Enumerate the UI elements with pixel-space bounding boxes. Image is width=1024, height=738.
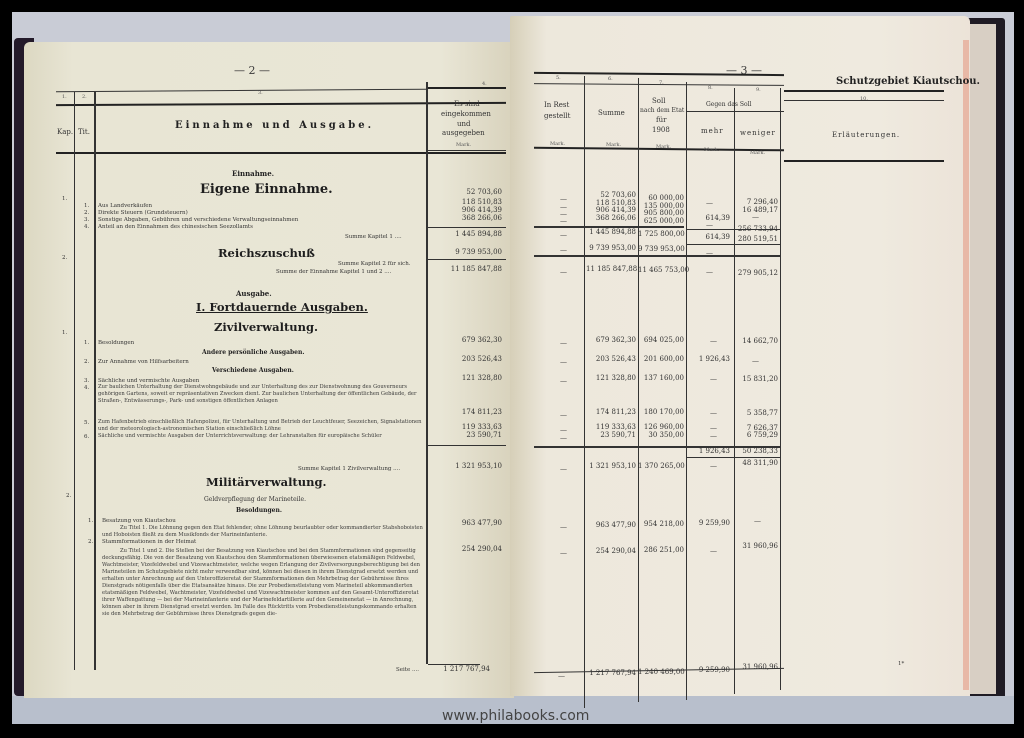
amount: 11 185 847,88 (430, 266, 502, 273)
subsection-heading: Andere persönliche Ausgaben. (202, 350, 304, 356)
soll-cell: 1 370 265,00 (638, 463, 684, 470)
column-number: 6. (608, 77, 613, 82)
header-col4-line: Es sind (454, 101, 480, 108)
soll-cell: 694 025,00 (638, 337, 684, 344)
soll-cell: 9 739 953,00 (638, 246, 684, 253)
weniger-cell: 280 519,51 (736, 236, 778, 243)
tit-number: 2. (84, 360, 89, 366)
rest-cell: — (560, 359, 567, 366)
line-label: Besatzung von Kiautschou (102, 519, 176, 525)
summe-cell: 679 362,30 (586, 337, 636, 344)
unit-label: Mark. (456, 143, 471, 148)
header-kap: Kap. (57, 129, 73, 136)
soll-cell: 126 960,00 (638, 424, 684, 431)
soll-cell: 180 170,00 (638, 409, 684, 416)
tit-number: 4. (84, 386, 89, 392)
tit-number: 1. (84, 204, 89, 210)
rest-cell: — (560, 340, 567, 347)
page-edge (963, 40, 969, 690)
weniger-cell: 7 296,40 (736, 199, 778, 206)
column-number: 7. (659, 81, 664, 86)
mehr-cell: 1 926,43 (688, 448, 730, 455)
column-number: 5. (556, 76, 561, 81)
tit-number: 1. (88, 519, 93, 525)
part-title: I. Fortdauernde Ausgaben. (196, 302, 368, 314)
mehr-cell: — (706, 269, 713, 276)
tit-number: 3. (84, 218, 89, 224)
amount: 121 328,80 (438, 375, 502, 382)
summe-cell: 121 328,80 (586, 375, 636, 382)
mehr-cell: 614,39 (688, 234, 730, 241)
mehr-cell: — (706, 200, 713, 207)
soll-cell: 11 465 753,00 (638, 267, 684, 274)
header-weniger: weniger (740, 130, 776, 137)
line-label: Anteil an den Einnahmen des chinesischen… (98, 225, 253, 231)
column-rule (780, 88, 781, 690)
section-title: Zivilverwaltung. (214, 322, 318, 334)
mehr-cell: — (710, 376, 717, 383)
mehr-cell: 1 926,43 (688, 356, 730, 363)
mehr-cell: — (706, 222, 713, 229)
summe-cell: 1 217 767,94 (584, 670, 636, 677)
weniger-cell: 6 759,29 (736, 432, 778, 439)
tit-number: 4. (84, 225, 89, 231)
line-label: Zum Hafenbetrieb einschließlich Hafenpol… (98, 419, 424, 433)
header-col6: Summe (598, 110, 625, 117)
header-erlaeuterungen: Erläuterungen. (832, 132, 900, 139)
summe-cell: 254 290,04 (586, 548, 636, 555)
header-gegen-soll: Gegen das Soll (706, 102, 751, 108)
line-label: Zur Annahme von Hilfsarbeitern (98, 360, 189, 366)
amount: 368 266,06 (440, 215, 502, 222)
weniger-cell: 15 831,20 (736, 376, 778, 383)
weniger-cell: — (752, 358, 759, 365)
rest-cell: — (560, 435, 567, 442)
summe-cell: 9 739 953,00 (586, 245, 636, 252)
amount: 174 811,23 (438, 409, 502, 416)
header-col5-line: In Rest (544, 102, 569, 109)
mehr-cell: 9 259,90 (688, 667, 730, 674)
sum-rule (428, 445, 506, 446)
soll-cell: 905 800,00 (638, 210, 684, 217)
tit-number: 1. (84, 341, 89, 347)
header-col4-line: und (457, 121, 471, 128)
rest-cell: — (560, 466, 567, 473)
mehr-cell: — (710, 338, 717, 345)
header-col7-line: 1908 (652, 127, 670, 134)
summe-cell: 11 185 847,88 (586, 266, 636, 273)
weniger-cell: 31 960,96 (736, 543, 778, 550)
soll-cell: 30 350,00 (638, 432, 684, 439)
section-title: Eigene Einnahme. (200, 183, 333, 196)
column-rule (584, 76, 585, 708)
header-col4-line: eingekommen (441, 111, 491, 118)
column-rule (734, 88, 735, 694)
column-rule (94, 92, 96, 670)
sum-rule (428, 259, 506, 260)
header-tit: Tit. (78, 129, 90, 136)
sum-rule (428, 227, 506, 228)
column-number: 1. (62, 95, 67, 100)
tit-number: 2. (84, 211, 89, 217)
summe-cell: 174 811,23 (586, 409, 636, 416)
header-rule (686, 111, 784, 112)
amount: 1 217 767,94 (432, 666, 490, 673)
signature-mark: 1* (898, 662, 904, 668)
section-heading: Ausgabe. (236, 290, 272, 297)
summe-cell: 1 445 894,88 (586, 229, 636, 236)
mehr-cell: — (710, 548, 717, 555)
header-mehr: mehr (701, 128, 724, 135)
line-label: Sächliche und vermischte Ausgaben der Un… (98, 433, 424, 440)
header-col7-line: nach dem Etat (640, 108, 684, 114)
weniger-cell: 31 960,96 (736, 664, 778, 671)
tit-number: 2. (88, 540, 93, 546)
amount: 118 510,83 (440, 199, 502, 206)
sum-rule (534, 255, 780, 257)
summe-cell: 1 321 953,10 (586, 463, 636, 470)
unit-label: Mark. (606, 143, 621, 148)
mehr-cell: — (710, 463, 717, 470)
rest-cell: — (560, 247, 567, 254)
mehr-cell: — (710, 433, 717, 440)
amount: 9 739 953,00 (434, 249, 502, 256)
summe-cell: 368 266,06 (586, 215, 636, 222)
column-number: 8. (708, 86, 713, 91)
sum-label: Summe Kapitel 1 .... (345, 235, 402, 241)
kap-number: 2. (66, 494, 71, 500)
header-col4-line: ausgegeben (442, 130, 485, 137)
header-einnahme-ausgabe: Einnahme und Ausgabe. (175, 121, 374, 131)
tit-number: 6. (84, 435, 89, 441)
summe-cell: 23 590,71 (586, 432, 636, 439)
unit-label: Mark. (656, 145, 671, 150)
header-rule (784, 90, 944, 92)
sum-label: Summe Kapitel 2 für sich. (338, 262, 411, 268)
amount: 119 333,63 (438, 424, 502, 431)
weniger-cell: 279 905,12 (736, 270, 778, 277)
rest-cell: — (560, 196, 567, 203)
kap-number: 2. (62, 256, 67, 262)
mehr-cell: — (710, 410, 717, 417)
amount: 679 362,30 (438, 337, 502, 344)
rest-cell: — (560, 427, 567, 434)
tit-number: 5. (84, 421, 89, 427)
weniger-cell: 48 311,90 (736, 460, 778, 467)
subsection-heading: Geldverpflegung der Marineteile. (204, 497, 306, 503)
kap-number: 1. (62, 197, 67, 203)
footnote: Zu Titel 1. Die Löhnung gegen den Etat f… (102, 525, 424, 539)
mehr-cell: 9 259,90 (688, 520, 730, 527)
column-number: 10. (860, 97, 868, 102)
line-label: Sonstige Abgaben, Gebühren und verschied… (98, 218, 298, 224)
unit-label: Mark. (750, 151, 765, 156)
summe-cell: 906 414,39 (586, 207, 636, 214)
watermark: www.philabooks.com (442, 708, 589, 724)
line-label: Direkte Steuern (Grundsteuern) (98, 211, 188, 217)
weniger-cell: — (752, 214, 759, 221)
soll-cell: 60 000,00 (638, 195, 684, 202)
sum-rule (686, 457, 780, 458)
column-rule (74, 92, 75, 670)
column-rule (638, 78, 639, 702)
amount: 1 445 894,88 (432, 231, 502, 238)
rest-cell: — (560, 412, 567, 419)
summe-cell: 963 477,90 (586, 522, 636, 529)
unit-label: Mark. (550, 142, 565, 147)
soll-cell: 1 240 469,00 (638, 669, 684, 676)
amount: 906 414,39 (440, 207, 502, 214)
rest-cell: — (558, 673, 565, 680)
line-label: Stammformationen in der Heimat (102, 540, 196, 546)
subsection-heading: Verschiedene Ausgaben. (212, 368, 294, 374)
section-title: Reichszuschuß (218, 248, 315, 260)
sum-rule (686, 244, 780, 245)
header-rule (56, 152, 506, 154)
summe-cell: 203 526,43 (586, 356, 636, 363)
amount: 23 590,71 (438, 432, 502, 439)
weniger-cell: — (754, 518, 761, 525)
mehr-cell: — (710, 425, 717, 432)
header-col7-line: Soll (652, 98, 666, 105)
line-label: Besoldungen (98, 341, 134, 347)
right-page (510, 16, 970, 696)
rest-cell: — (560, 524, 567, 531)
summe-cell: 52 703,60 (586, 192, 636, 199)
column-number: 4. (482, 82, 487, 87)
amount: 254 290,04 (438, 546, 502, 553)
header-rule (426, 150, 506, 151)
subsection-heading: Besoldungen. (236, 508, 282, 514)
section-heading: Einnahme. (232, 170, 274, 177)
soll-cell: 1 725 800,00 (638, 231, 684, 238)
soll-cell: 954 218,00 (638, 521, 684, 528)
header-col5-line: gestellt (544, 113, 570, 120)
header-rule (426, 87, 506, 89)
rest-cell: — (560, 232, 567, 239)
amount: 963 477,90 (438, 520, 502, 527)
sum-label: Summe Kapitel 1 Zivilverwaltung .... (298, 467, 400, 473)
soll-cell: 286 251,00 (638, 547, 684, 554)
page-sum-label: Seite .... (396, 668, 419, 674)
weniger-cell: 5 358,77 (736, 410, 778, 417)
tit-number: 3. (84, 379, 89, 385)
column-number: 3. (258, 91, 263, 96)
amount: 1 321 953,10 (432, 463, 502, 470)
left-page-number: — 2 — (234, 64, 270, 77)
rest-cell: — (560, 378, 567, 385)
weniger-cell: 14 662,70 (736, 338, 778, 345)
rest-cell: — (560, 550, 567, 557)
unit-label: Mark. (704, 148, 719, 153)
soll-cell: 201 600,00 (638, 356, 684, 363)
line-label: Zur baulichen Unterhaltung der Dienstwoh… (98, 384, 424, 405)
rest-cell: — (560, 269, 567, 276)
column-number: 9. (756, 88, 761, 93)
weniger-cell: 50 238,33 (736, 448, 778, 455)
amount: 203 526,43 (438, 356, 502, 363)
soll-cell: 137 160,00 (638, 375, 684, 382)
summe-cell: 119 333,63 (586, 424, 636, 431)
column-number: 2. (82, 95, 87, 100)
total-label: Summe der Einnahme Kapitel 1 und 2 .... (276, 270, 391, 276)
column-rule (686, 82, 687, 700)
soll-cell: 625 000,00 (638, 218, 684, 225)
kap-number: 1. (62, 331, 67, 337)
line-label: Aus Landverkäufen (98, 204, 152, 210)
column-rule (426, 82, 428, 664)
sum-rule (686, 229, 780, 230)
running-head: Schutzgebiet Kiautschou. (836, 76, 980, 87)
header-rule (784, 160, 944, 162)
amount: 52 703,60 (440, 189, 502, 196)
section-title: Militärverwaltung. (206, 477, 327, 489)
rest-cell: — (560, 218, 567, 225)
footnote: Zu Titel 1 und 2. Die Stellen bei der Be… (102, 548, 424, 618)
header-col7-line: für (656, 117, 666, 124)
